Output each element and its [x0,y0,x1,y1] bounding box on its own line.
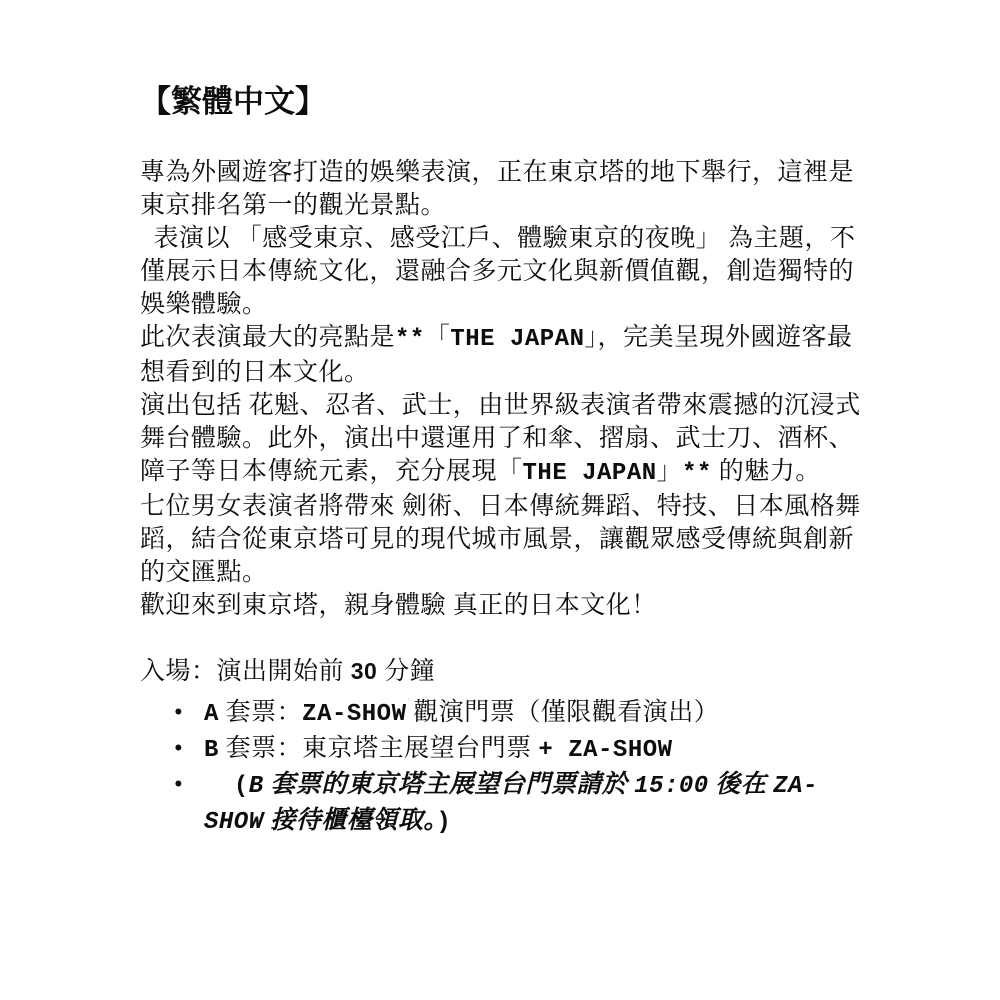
text-run: 後在 [709,771,774,798]
text-run: 分鐘 [377,658,435,685]
open-paren: ( [204,773,249,800]
text-run: 」 [657,458,683,485]
ticket-option-b-text: B 套票：東京塔主展望台門票 + ZA-SHOW [204,735,673,762]
ticket-letter: B [249,773,264,800]
text-run: 「 [425,324,451,351]
text-run: 專為外國遊客打造的娛樂表演，正在東京塔的地下舉行，這裡是東京排名第一的觀光景點。 [140,159,854,219]
ticket-option-a-text: A 套票：ZA-SHOW 觀演門票（僅限觀看演出） [204,699,719,726]
paragraph-highlight: 此次表演最大的亮點是**「THE JAPAN」，完美呈現外國遊客最想看到的日本文… [140,321,864,389]
ticket-letter: A [204,701,219,728]
text-run: 觀演門票（僅限觀看演出） [407,699,720,726]
paragraph-performance: 演出包括 花魁、忍者、武士，由世界級表演者帶來震撼的沉浸式舞台體驗。此外，演出中… [140,389,864,490]
text-run: 此次表演最大的亮點是 [140,324,395,351]
paragraph-theme: 表演以 「感受東京、感受江戶、體驗東京的夜晚」 為主題，不僅展示日本傳統文化，還… [140,222,864,321]
paragraph-welcome: 歡迎來到東京塔，親身體驗 真正的日本文化！ [140,589,864,622]
text-run: 的魅力。 [712,458,821,485]
emphasis-asterisks: ** [682,460,712,487]
show-name-text: ZA-SHOW [302,701,406,728]
text-run: 歡迎來到東京塔，親身體驗 真正的日本文化！ [140,592,657,619]
close-paren: ) [436,809,451,836]
admission-info: 入場：演出開始前 30 分鐘 [140,655,864,688]
text-run: 表演以 「感受東京、感受江戶、體驗東京的夜晚」 為主題，不僅展示日本傳統文化，還… [140,225,856,318]
ticket-letter: B [204,737,219,764]
emphasis-asterisks: ** [395,326,425,353]
text-run: 七位男女表演者將帶來 劍術、日本傳統舞蹈、特技、日本風格舞蹈，結合從東京塔可見的… [140,493,861,586]
ticket-option-a: • A 套票：ZA-SHOW 觀演門票（僅限觀看演出） [140,696,864,732]
admission-minutes-number: 30 [351,658,378,684]
text-run: 套票：東京塔主展望台門票 [219,735,539,762]
paragraph-intro: 專為外國遊客打造的娛樂表演，正在東京塔的地下舉行，這裡是東京排名第一的觀光景點。 [140,156,864,222]
ticket-option-b: • B 套票：東京塔主展望台門票 + ZA-SHOW [140,732,864,768]
text-run: 入場：演出開始前 [140,658,351,685]
ticket-options-list: • A 套票：ZA-SHOW 觀演門票（僅限觀看演出） • B 套票：東京塔主展… [140,696,864,840]
bullet-icon: • [174,696,183,730]
bullet-icon: • [174,732,183,766]
text-run: 套票： [219,699,302,726]
show-name-text: THE JAPAN [450,326,584,353]
ticket-note: • (B 套票的東京塔主展望台門票請於 15:00 後在 ZA-SHOW 接待櫃… [140,768,864,840]
document-page: 【繁體中文】 專為外國遊客打造的娛樂表演，正在東京塔的地下舉行，這裡是東京排名第… [0,0,1000,1000]
show-name-text: + ZA-SHOW [538,737,672,764]
paragraph-performers: 七位男女表演者將帶來 劍術、日本傳統舞蹈、特技、日本風格舞蹈，結合從東京塔可見的… [140,490,864,589]
page-title: 【繁體中文】 [140,84,864,120]
ticket-note-text: (B 套票的東京塔主展望台門票請於 15:00 後在 ZA-SHOW 接待櫃檯領… [204,771,818,834]
show-name-text: THE JAPAN [523,460,657,487]
text-run: 接待櫃檯領取。 [264,807,437,834]
text-run: 套票的東京塔主展望台門票請於 [264,771,635,798]
document-content: 【繁體中文】 專為外國遊客打造的娛樂表演，正在東京塔的地下舉行，這裡是東京排名第… [140,84,864,840]
bullet-icon: • [174,768,183,802]
pickup-time: 15:00 [634,773,709,800]
